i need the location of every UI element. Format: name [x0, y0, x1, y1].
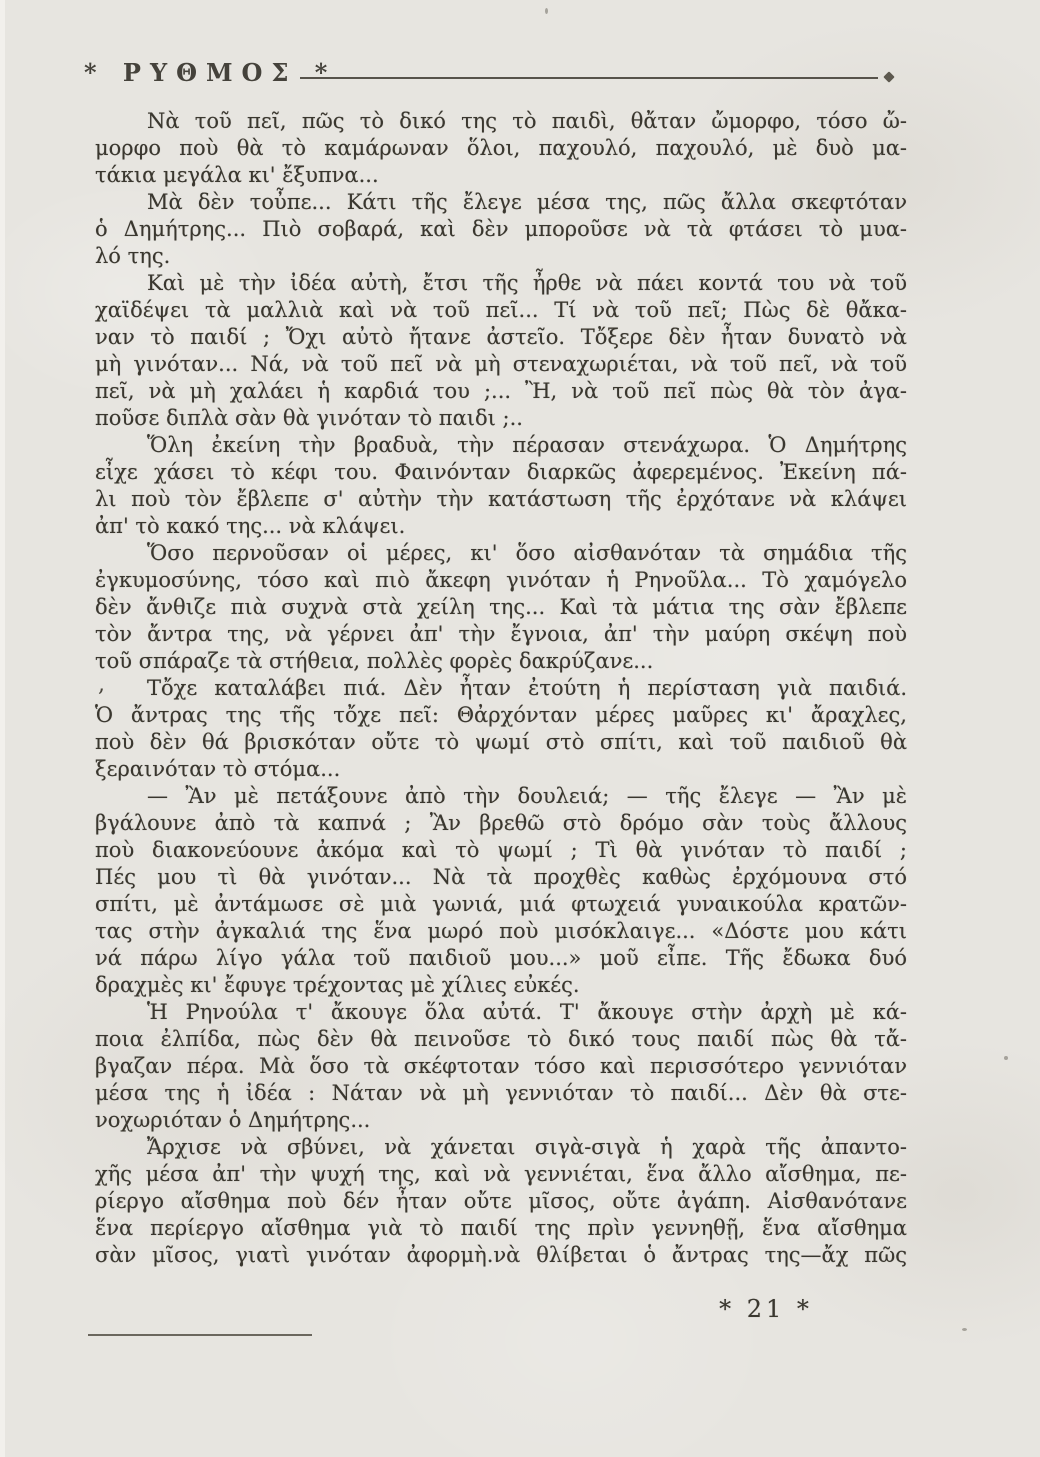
text-line: βγαζαν πέρα. Μὰ ὅσο τὰ σκέφτοταν τόσο κα…	[95, 1053, 907, 1080]
text-line: ποὺ διακονεύουνε ἀκόμα καὶ τὸ ψωμί ; Τὶ …	[95, 837, 907, 864]
footer-rule	[88, 1334, 312, 1336]
scanned-page: * ΡΥΘΜΟΣ * Νὰ τοῦ πεῖ, πῶς τὸ δικό της τ…	[0, 0, 1040, 1457]
text-line: τάκια μεγάλα κι' ἔξυπνα...	[95, 162, 907, 189]
text-line: Πές μου τὶ θὰ γινόταν... Νὰ τὰ προχθὲς κ…	[95, 864, 907, 891]
text-line: Ὅλη ἐκείνη τὴν βραδυὰ, τὴν πέρασαν στενά…	[95, 432, 907, 459]
text-line: δὲν ἄνθιζε πιὰ συχνὰ στὰ χείλη της... Κα…	[95, 594, 907, 621]
text-line: νά πάρω λίγο γάλα τοῦ παιδιοῦ μου...» μο…	[95, 945, 907, 972]
magazine-title: * ΡΥΘΜΟΣ *	[84, 58, 336, 87]
text-line: μορφο ποὺ θὰ τὸ καμάρωναν ὅλοι, παχουλό,…	[95, 135, 907, 162]
header-rule	[300, 77, 878, 79]
diamond-end-mark-icon	[883, 71, 894, 82]
text-line: δραχμὲς κι' ἔφυγε τρέχοντας μὲ χίλιες εὐ…	[95, 972, 907, 999]
text-line: χῆς μέσα ἀπ' τὴν ψυχή της, καὶ νὰ γεννιέ…	[95, 1161, 907, 1188]
story-text-block: Νὰ τοῦ πεῖ, πῶς τὸ δικό της τὸ παιδὶ, θἄ…	[95, 108, 907, 1269]
text-line: Ἡ Ρηνούλα τ' ἄκουγε ὅλα αὐτά. Τ' ἄκουγε …	[95, 999, 907, 1026]
text-line: σπίτι, μὲ ἀντάμωσε σὲ μιὰ γωνιά, μιά φτω…	[95, 891, 907, 918]
text-line: Ὁ ἄντρας της τῆς τὄχε πεῖ: Θἀρχόνταν μέρ…	[95, 702, 907, 729]
ink-speck	[1004, 1056, 1008, 1060]
text-line: μὴ γινόταν... Νά, νὰ τοῦ πεῖ νὰ μὴ στενα…	[95, 351, 907, 378]
text-line: ξεραινόταν τὸ στόμα...	[95, 756, 907, 783]
text-line: Νὰ τοῦ πεῖ, πῶς τὸ δικό της τὸ παιδὶ, θἄ…	[95, 108, 907, 135]
text-line: βγάλουνε ἀπὸ τὰ καπνά ; Ἂν βρεθῶ στὸ δρό…	[95, 810, 907, 837]
text-line: ποὺ δὲν θά βρισκόταν οὔτε τὸ ψωμί στὸ σπ…	[95, 729, 907, 756]
text-line: τὸν ἄντρα της, νὰ γέρνει ἀπ' τὴν ἔγνοια,…	[95, 621, 907, 648]
text-line: ἕνα περίεργο αἴσθημα γιὰ τὸ παιδί της πρ…	[95, 1215, 907, 1242]
text-line: Μὰ δὲν τοὖπε... Κάτι τῆς ἔλεγε μέσα της,…	[95, 189, 907, 216]
text-line: εἶχε χάσει τὸ κέφι του. Φαινόνταν διαρκῶ…	[95, 459, 907, 486]
ink-speck	[962, 1328, 967, 1331]
text-line: τοῦ σπάραζε τὰ στήθεια, πολλὲς φορὲς δακ…	[95, 648, 907, 675]
text-line: λι ποὺ τὸν ἔβλεπε σ' αὐτὴν τὴν κατάστωση…	[95, 486, 907, 513]
text-line: ὁ Δημήτρης... Πιὸ σοβαρά, καὶ δὲν μποροῦ…	[95, 216, 907, 243]
text-line: Ἄρχισε νὰ σβύνει, νὰ χάνεται σιγὰ-σιγὰ ἡ…	[95, 1134, 907, 1161]
stray-comma-mark: ,	[98, 672, 105, 697]
text-line: ρίεργο αἴσθημα ποὺ δέν ἦταν οὔτε μῖσος, …	[95, 1188, 907, 1215]
text-line: ποια ἐλπίδα, πὼς δὲν θὰ πεινοῦσε τὸ δικό…	[95, 1026, 907, 1053]
ink-speck	[545, 8, 548, 14]
text-line: πεῖ, νὰ μὴ χαλάει ἡ καρδιά του ;... Ἢ, ν…	[95, 378, 907, 405]
text-line: νοχωριόταν ὁ Δημήτρης...	[95, 1107, 907, 1134]
text-line: ἀπ' τὸ κακό της... νὰ κλάψει.	[95, 513, 907, 540]
text-line: σὰν μῖσος, γιατὶ γινόταν ἀφορμὴ.νὰ θλίβε…	[95, 1242, 907, 1269]
text-line: Καὶ μὲ τὴν ἰδέα αὐτὴ, ἔτσι τῆς ἦρθε νὰ π…	[95, 270, 907, 297]
text-line: τας στὴν ἀγκαλιά της ἕνα μωρό ποὺ μισόκλ…	[95, 918, 907, 945]
text-line: μέσα της ἡ ἰδέα : Νάταν νὰ μὴ γεννιόταν …	[95, 1080, 907, 1107]
text-line: λό της.	[95, 243, 907, 270]
page-number: * 21 *	[700, 1295, 832, 1323]
text-line: ναν τὸ παιδί ; Ὄχι αὐτὸ ἤτανε ἀστεῖο. Τὄ…	[95, 324, 907, 351]
text-line: χαϊδέψει τὰ μαλλιὰ καὶ νὰ τοῦ πεῖ... Τί …	[95, 297, 907, 324]
text-line: ποῦσε διπλὰ σὰν θὰ γινόταν τὸ παιδι ;..	[95, 405, 907, 432]
text-line: Τὄχε καταλάβει πιά. Δὲν ἦταν ἐτούτη ἡ πε…	[95, 675, 907, 702]
text-line: Ὅσο περνοῦσαν οἱ μέρες, κι' ὅσο αἰσθανότ…	[95, 540, 907, 567]
text-line: — Ἂν μὲ πετάξουνε ἀπὸ τὴν δουλειά; — τῆς…	[95, 783, 907, 810]
text-line: ἐγκυμοσύνης, τόσο καὶ πιὸ ἄκεφη γινόταν …	[95, 567, 907, 594]
